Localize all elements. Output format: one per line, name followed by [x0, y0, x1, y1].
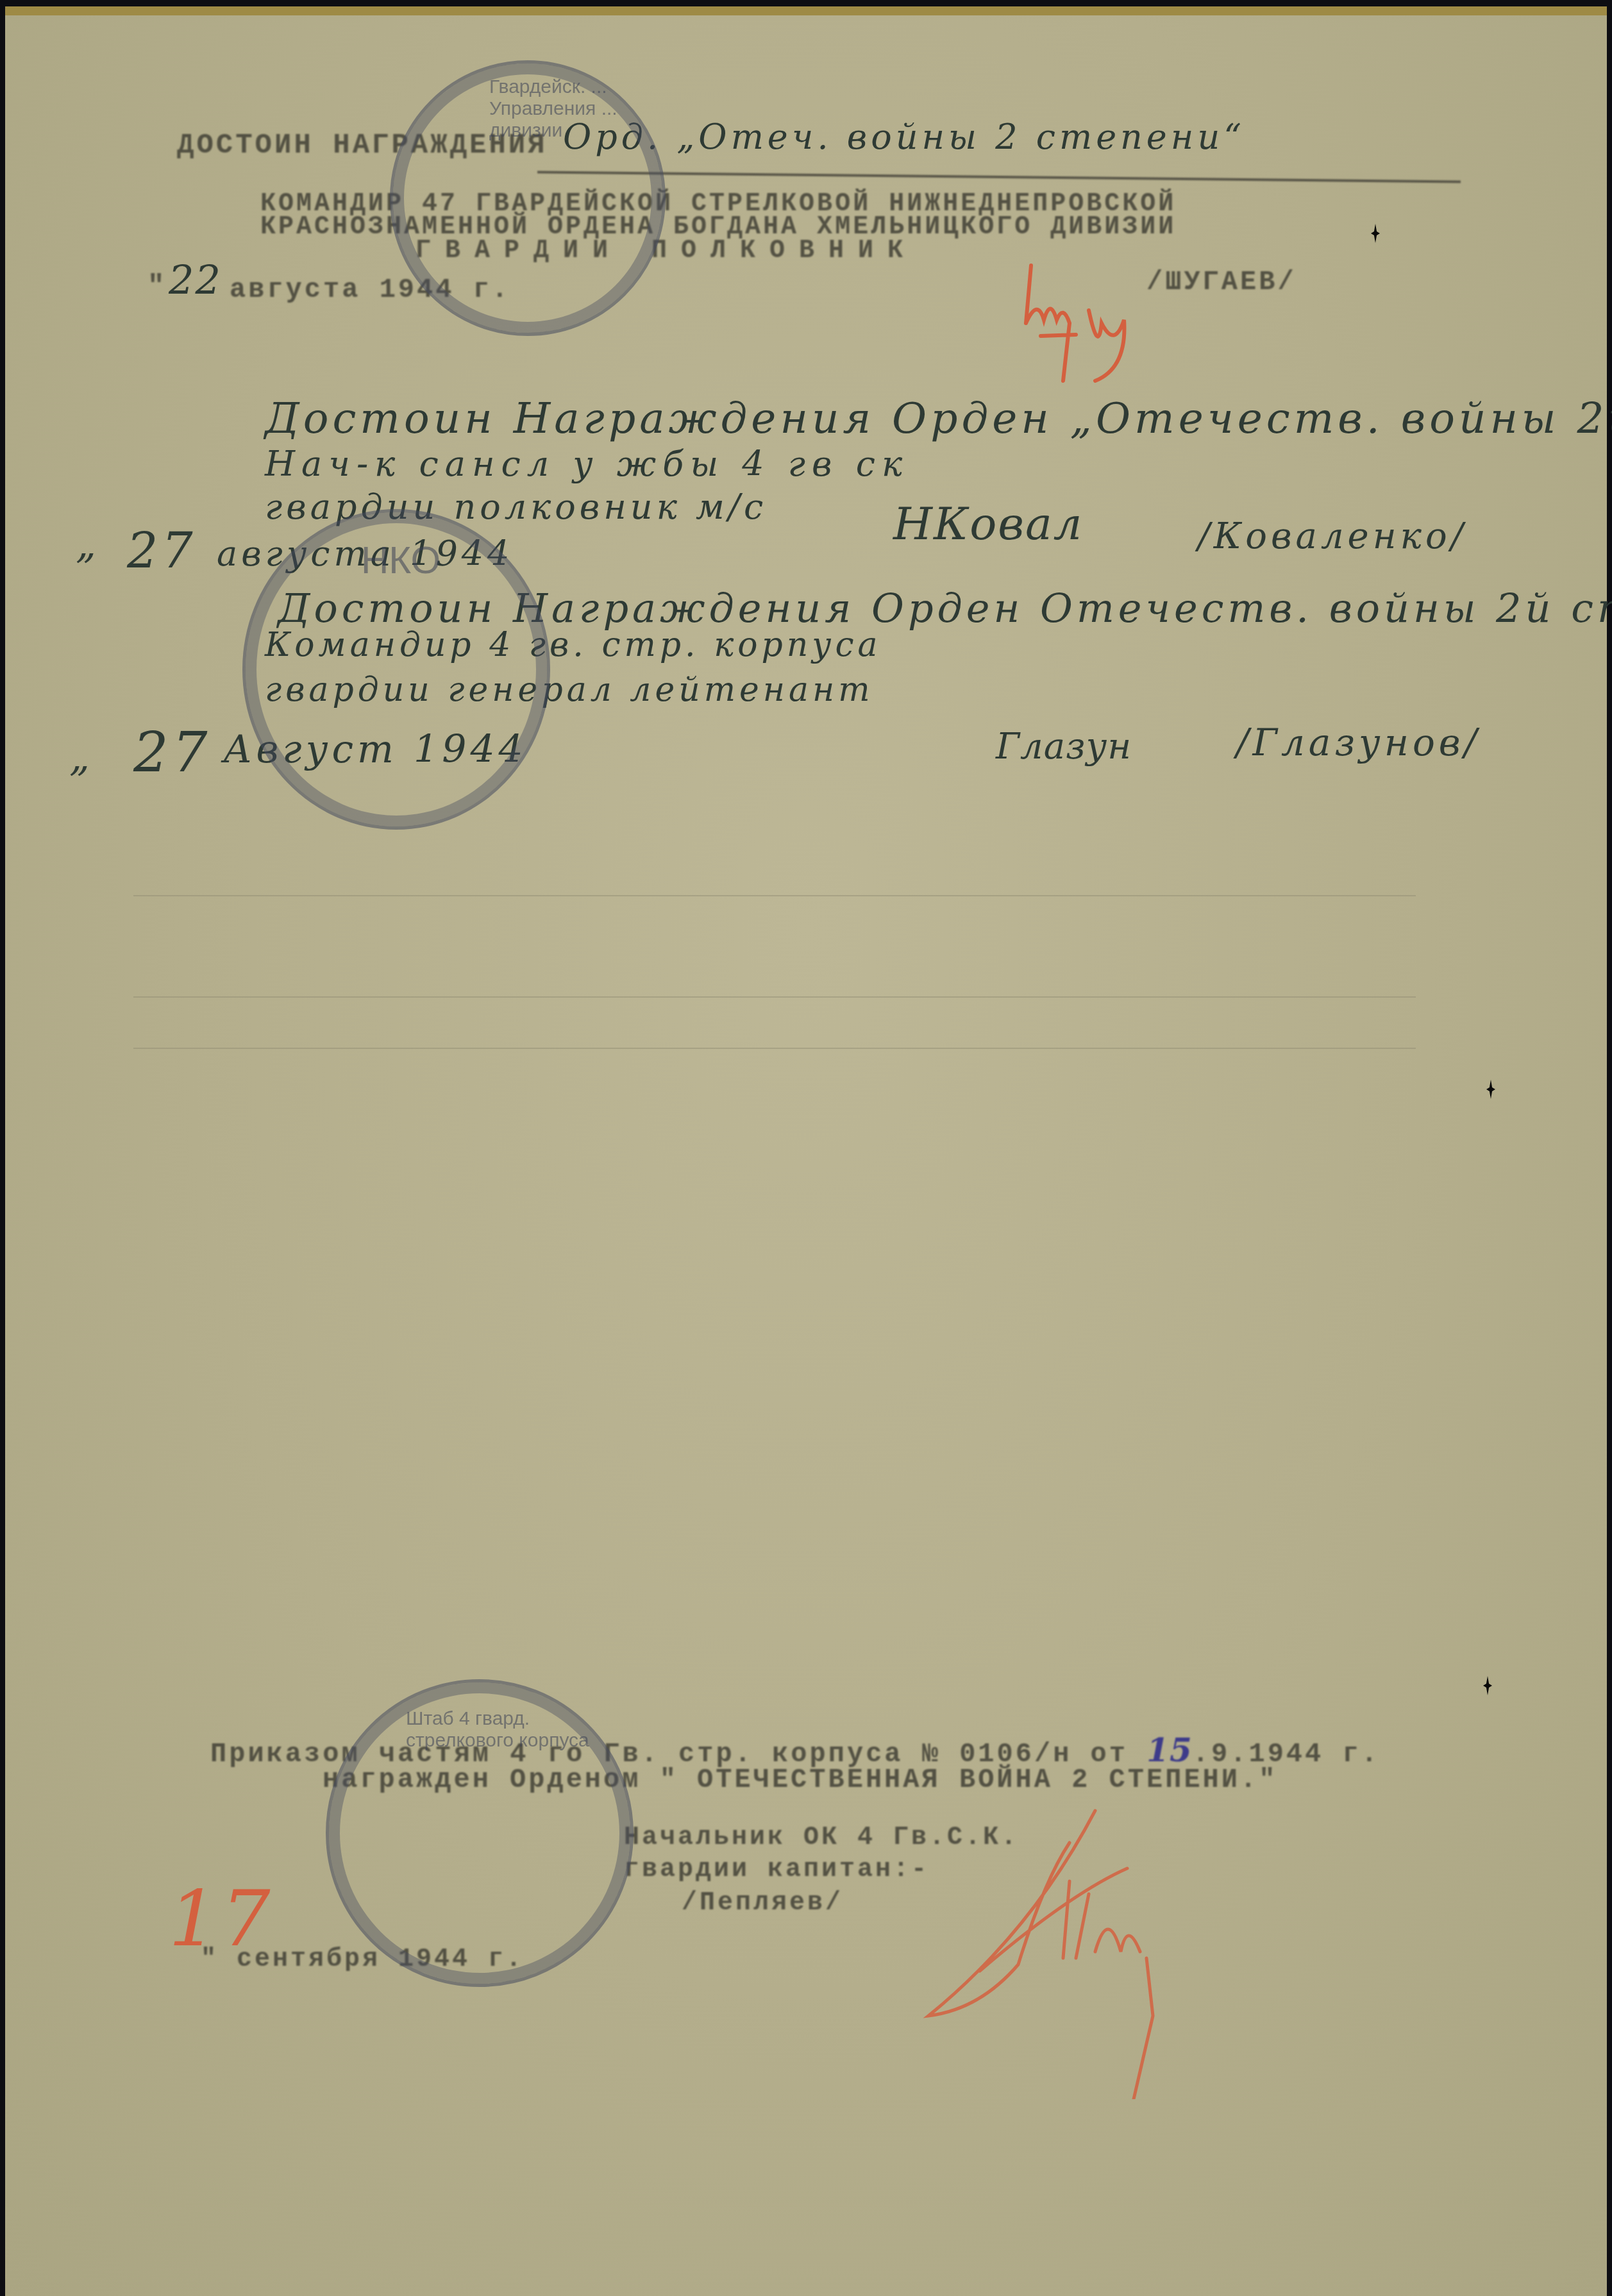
division-award-name-handwritten: Орд. „Отеч. войны 2 степени“ — [563, 117, 1245, 157]
division-commander-signature — [1018, 259, 1223, 387]
underline-rule — [537, 171, 1461, 183]
corps-commander-signature: Глазун — [996, 726, 1132, 767]
punch-hole — [1483, 1676, 1492, 1695]
corps-medical-stamp: НКО — [242, 509, 550, 830]
stamp-text: Гвардейск. ... Управления ... дивизии — [489, 76, 662, 142]
order-date-day: 15 — [1146, 1731, 1193, 1769]
sanitary-date-day: 27 — [127, 522, 197, 579]
sanitary-signature: НКовал — [893, 498, 1083, 550]
date-open-quote: " — [147, 271, 167, 303]
punch-hole — [1486, 1080, 1495, 1099]
date-open-quote: „ — [69, 733, 94, 780]
division-date-day: 22 — [169, 256, 222, 303]
date-open-quote: „ — [76, 521, 100, 567]
stamp-text: Штаб 4 гвард. стрелкового корпуса — [406, 1708, 630, 1752]
document-sheet: ДОСТОИН НАГРАЖДЕНИЯ Орд. „Отеч. войны 2 … — [5, 6, 1607, 2296]
punch-hole — [1371, 224, 1380, 243]
faint-rule — [133, 895, 1416, 896]
sanitary-award-line: Достоин Награждения Орден „Отечеств. вой… — [265, 394, 1612, 443]
chief-name: /Пепляев/ — [682, 1889, 843, 1918]
sanitary-chief-name: /Коваленко/ — [1198, 515, 1467, 557]
chief-rank: гвардии капитан:- — [624, 1856, 929, 1884]
sanitary-title: Нач-к сансл у жбы 4 гв ск — [265, 444, 909, 484]
chief-signature — [903, 1804, 1236, 2099]
corps-commander-name: /Глазунов/ — [1236, 721, 1481, 764]
faint-rule — [133, 996, 1416, 998]
division-stamp: Гвардейск. ... Управления ... дивизии — [390, 60, 666, 336]
corps-date-day: 27 — [133, 721, 211, 785]
corps-headquarters-stamp: Штаб 4 гвард. стрелкового корпуса — [326, 1679, 634, 1987]
faint-rule — [133, 1048, 1416, 1049]
stamp-text: НКО — [361, 538, 441, 582]
